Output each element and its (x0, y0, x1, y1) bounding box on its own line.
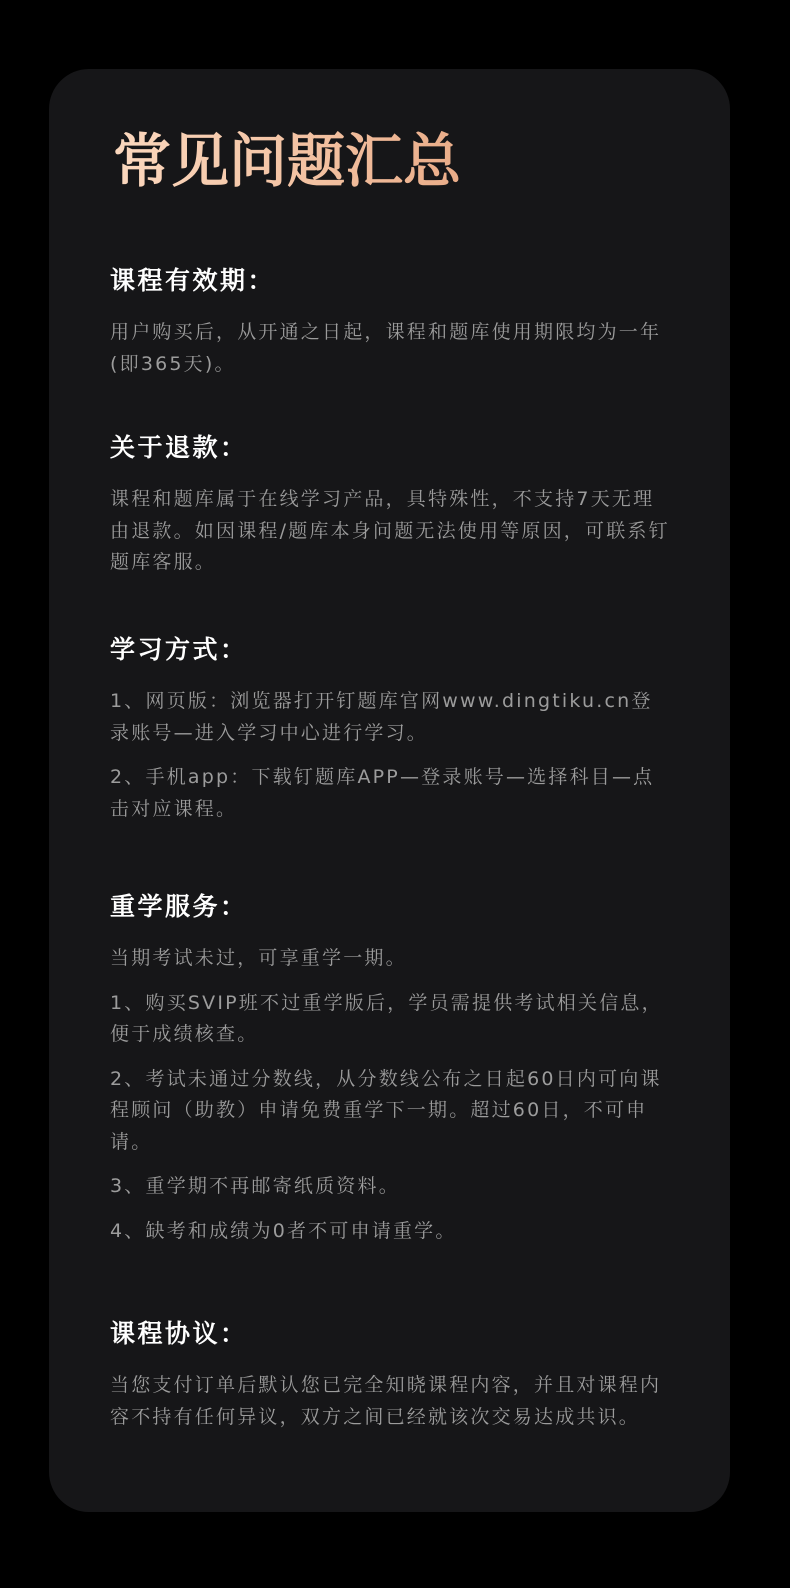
section-heading: 学习方式： (110, 634, 670, 666)
section-body: 当期考试未过，可享重学一期。 1、购买SVIP班不过重学版后，学员需提供考试相关… (110, 943, 670, 1247)
section-paragraph: 1、购买SVIP班不过重学版后，学员需提供考试相关信息，便于成绩核查。 (110, 988, 670, 1051)
section-paragraph: 2、考试未通过分数线，从分数线公布之日起60日内可向课程顾问（助教）申请免费重学… (110, 1064, 670, 1159)
section-body: 课程和题库属于在线学习产品，具特殊性，不支持7天无理由退款。如因课程/题库本身问… (110, 484, 670, 579)
section-body: 1、网页版：浏览器打开钉题库官网www.dingtiku.cn登录账号—进入学习… (110, 686, 670, 825)
section-heading: 课程协议： (110, 1318, 670, 1350)
section-paragraph: 用户购买后，从开通之日起，课程和题库使用期限均为一年(即365天)。 (110, 317, 670, 380)
section-heading: 重学服务： (110, 891, 670, 923)
section-paragraph: 3、重学期不再邮寄纸质资料。 (110, 1171, 670, 1203)
section-validity: 课程有效期： 用户购买后，从开通之日起，课程和题库使用期限均为一年(即365天)… (110, 265, 670, 380)
page-title: 常见问题汇总 (113, 129, 461, 193)
section-paragraph: 1、网页版：浏览器打开钉题库官网www.dingtiku.cn登录账号—进入学习… (110, 686, 670, 749)
section-study-method: 学习方式： 1、网页版：浏览器打开钉题库官网www.dingtiku.cn登录账… (110, 634, 670, 825)
section-paragraph: 4、缺考和成绩为0者不可申请重学。 (110, 1216, 670, 1248)
section-heading: 课程有效期： (110, 265, 670, 297)
section-course-agreement: 课程协议： 当您支付订单后默认您已完全知晓课程内容，并且对课程内容不持有任何异议… (110, 1318, 670, 1433)
section-paragraph: 2、手机app：下载钉题库APP—登录账号—选择科目—点击对应课程。 (110, 762, 670, 825)
section-body: 用户购买后，从开通之日起，课程和题库使用期限均为一年(即365天)。 (110, 317, 670, 380)
section-paragraph: 当期考试未过，可享重学一期。 (110, 943, 670, 975)
section-body: 当您支付订单后默认您已完全知晓课程内容，并且对课程内容不持有任何异议，双方之间已… (110, 1370, 670, 1433)
section-relearn-service: 重学服务： 当期考试未过，可享重学一期。 1、购买SVIP班不过重学版后，学员需… (110, 891, 670, 1247)
section-refund: 关于退款： 课程和题库属于在线学习产品，具特殊性，不支持7天无理由退款。如因课程… (110, 432, 670, 579)
faq-card: 常见问题汇总 课程有效期： 用户购买后，从开通之日起，课程和题库使用期限均为一年… (49, 69, 730, 1512)
section-heading: 关于退款： (110, 432, 670, 464)
section-paragraph: 当您支付订单后默认您已完全知晓课程内容，并且对课程内容不持有任何异议，双方之间已… (110, 1370, 670, 1433)
section-paragraph: 课程和题库属于在线学习产品，具特殊性，不支持7天无理由退款。如因课程/题库本身问… (110, 484, 670, 579)
